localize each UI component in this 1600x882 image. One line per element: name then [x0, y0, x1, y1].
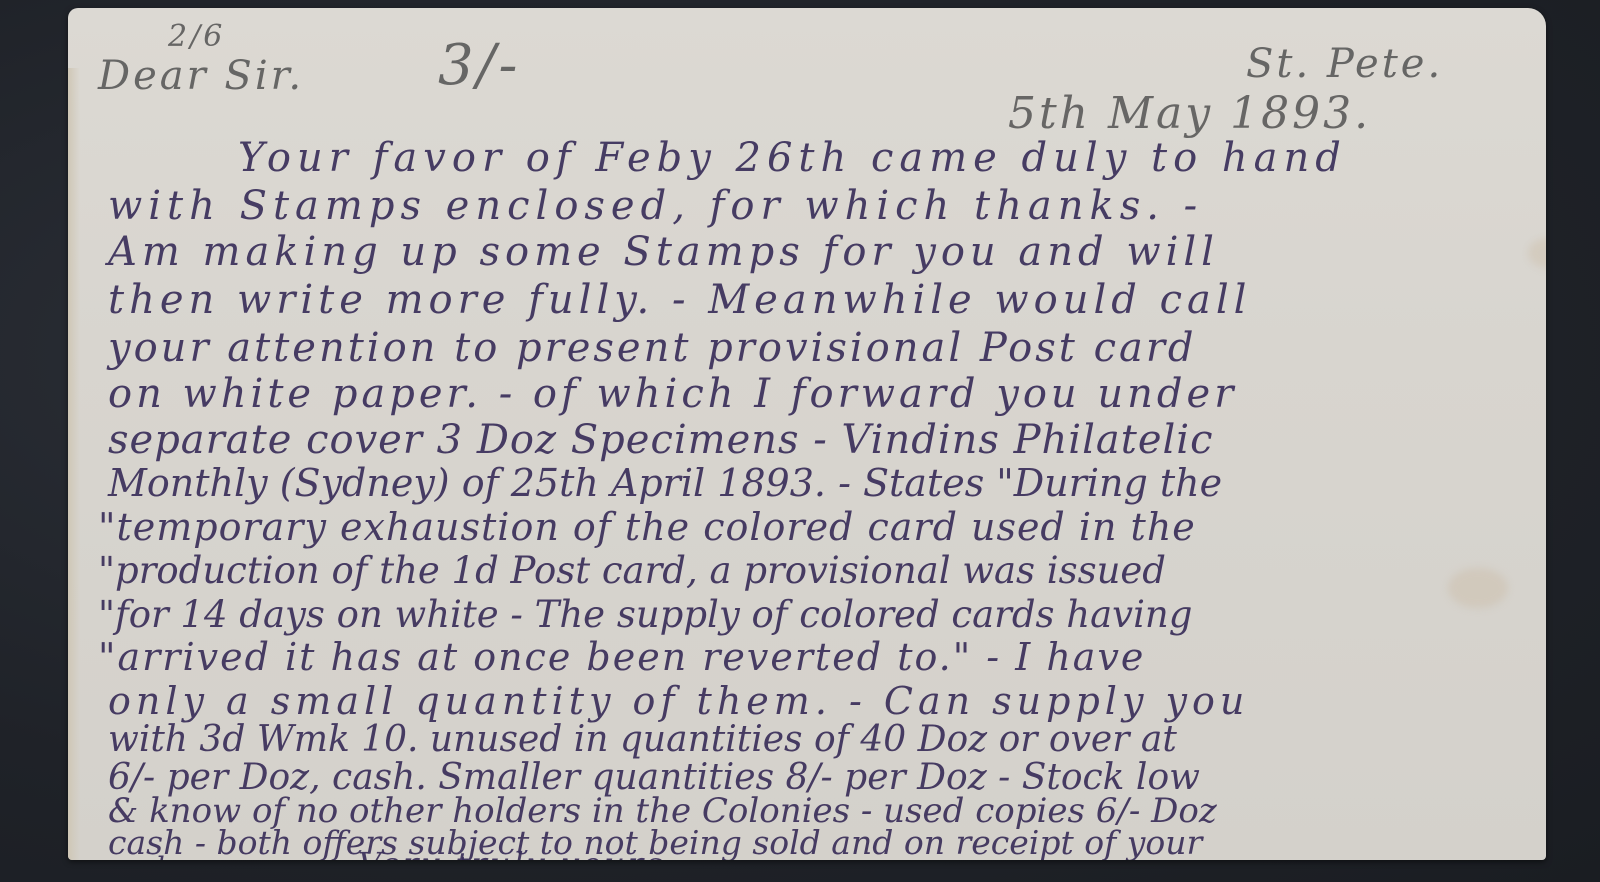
pencil-price-mark: 3/- [438, 38, 520, 94]
body-line-5: your attention to present provisional Po… [108, 328, 1197, 368]
body-line-11: "for 14 days on white - The supply of co… [98, 596, 1192, 633]
body-line-7: separate cover 3 Doz Specimens - Vindins… [108, 420, 1213, 460]
postcard: 2/6 3/- Dear Sir. St. Pete. 5th May 1893… [68, 8, 1546, 860]
salutation: Dear Sir. [98, 56, 304, 96]
body-line-9: "temporary exhaustion of the colored car… [98, 508, 1196, 546]
body-line-10: "production of the 1d Post card, a provi… [98, 552, 1166, 589]
body-line-13: only a small quantity of them. - Can sup… [108, 682, 1249, 720]
body-line-18: reply - [108, 854, 199, 860]
body-line-6: on white paper. - of which I forward you… [108, 374, 1237, 414]
body-line-12: "arrived it has at once been reverted to… [98, 638, 1145, 676]
closing-signoff: Very truly yours. [358, 848, 679, 860]
body-line-4: then write more fully. - Meanwhile would… [108, 280, 1251, 320]
header-place: St. Pete. [1246, 44, 1443, 84]
paper-stain [1448, 568, 1508, 608]
body-line-14: with 3d Wmk 10. unused in quantities of … [108, 722, 1177, 758]
body-line-1: Your favor of Feby 26th came duly to han… [238, 138, 1347, 178]
paper-stain [1528, 238, 1546, 268]
body-line-2: with Stamps enclosed, for which thanks. … [108, 186, 1203, 226]
pencil-price-note: 2/6 [168, 22, 225, 52]
body-line-8: Monthly (Sydney) of 25th April 1893. - S… [108, 464, 1222, 502]
header-date: 5th May 1893. [1008, 92, 1371, 136]
body-line-3: Am making up some Stamps for you and wil… [108, 232, 1219, 272]
